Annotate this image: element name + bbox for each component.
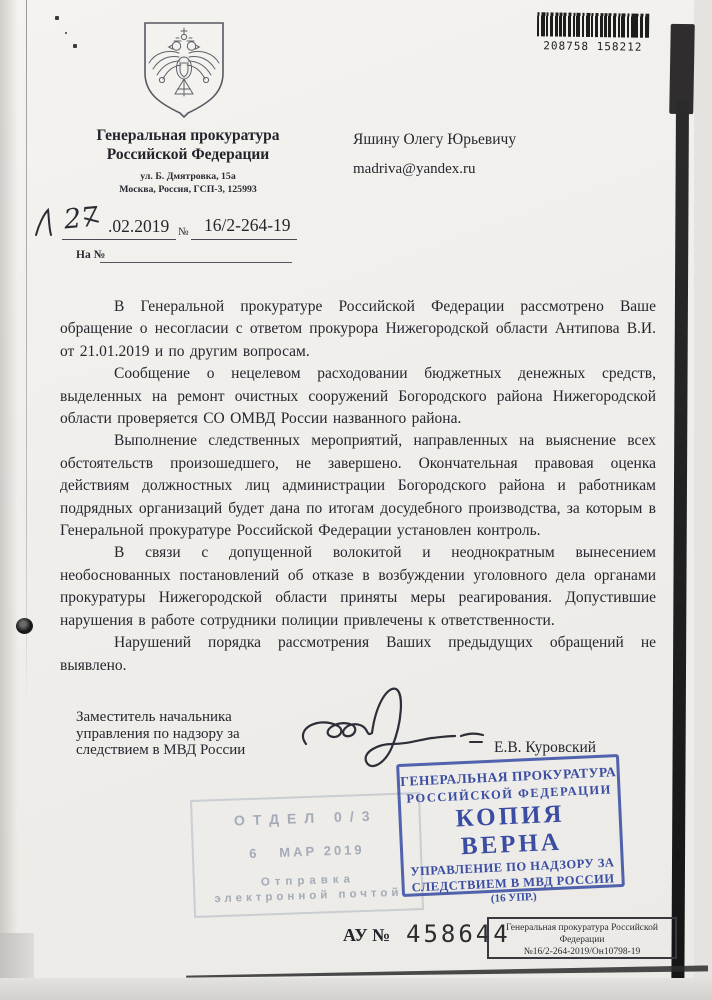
registry-line1: Генеральная прокуратура Российской	[489, 922, 675, 934]
signer-position-line1: Заместитель начальника	[76, 709, 306, 726]
paper-edge-shadow	[0, 0, 18, 1000]
scanner-background	[0, 978, 712, 1000]
paper-fold-line	[26, 0, 27, 710]
copy-stamp-title: КОПИЯ ВЕРНА	[401, 798, 620, 864]
registry-line2: Федерации	[489, 934, 675, 946]
au-number-label: АУ №	[343, 925, 390, 946]
body-paragraph-3: Выполнение следственных мероприятий, нап…	[60, 430, 656, 542]
number-underline	[191, 239, 297, 240]
scan-edge-strip	[671, 100, 689, 1000]
recipient-email: madriva@yandex.ru	[353, 161, 476, 178]
date-typed: .02.2019	[108, 216, 169, 237]
body-paragraph-5: Нарушений порядка рассмотрения Ваших пре…	[60, 632, 656, 677]
org-name-line1: Генеральная прокуратура	[82, 126, 294, 145]
paper-bottom-edge	[186, 960, 708, 975]
reply-to-label: На №	[76, 249, 105, 261]
signer-position-line3: следствием в МВД России	[76, 742, 306, 759]
number-sign: №	[178, 226, 189, 238]
body-paragraph-1: В Генеральной прокуратуре Российской Фед…	[60, 296, 656, 363]
department-stamp-date: 6 МАР 2019	[194, 840, 420, 863]
reply-to-underline	[100, 262, 292, 263]
scanned-letter-page: 208758 158212 Генеральная пр	[0, 0, 712, 1000]
signer-position-line2: управления по надзору за	[76, 726, 306, 743]
signer-name: Е.В. Куровский	[494, 739, 596, 757]
barcode: 208758 158212	[530, 12, 657, 56]
ink-speck	[65, 32, 67, 34]
outgoing-number: 16/2-264-19	[204, 215, 291, 236]
org-address-line2: Москва, Россия, ГСП-3, 125993	[82, 184, 294, 197]
body-paragraph-4: В связи с допущенной волокитой и неоднок…	[60, 542, 656, 632]
org-address-line1: ул. Б. Дмятровка, 15а	[82, 171, 294, 184]
department-stamp: ОТДЕЛ 0/3 6 МАР 2019 Отправка электронно…	[190, 792, 424, 918]
recipient-name: Яшину Олегу Юрьевичу	[353, 131, 516, 149]
letter-body: В Генеральной прокуратуре Российской Фед…	[60, 296, 656, 677]
ink-speck	[55, 16, 59, 20]
org-name-line2: Российской Федерации	[82, 145, 294, 164]
barcode-bars-icon	[537, 12, 649, 38]
barcode-number: 208758 158212	[540, 39, 645, 53]
department-stamp-title: ОТДЕЛ 0/3	[192, 806, 418, 830]
letterhead: Генеральная прокуратура Российской Федер…	[82, 126, 294, 196]
date-underline	[62, 239, 176, 240]
coat-of-arms-icon	[138, 18, 230, 122]
handwritten-mark	[33, 207, 59, 244]
handwritten-day: 27	[63, 202, 100, 236]
org-address: ул. Б. Дмятровка, 15а Москва, Россия, ГС…	[82, 171, 294, 196]
body-paragraph-2: Сообщение о нецелевом расходовании бюдже…	[60, 363, 656, 430]
punch-hole	[16, 618, 33, 634]
registry-line3: №16/2-264-2019/Он10798-19	[489, 946, 675, 958]
copy-certification-stamp: ГЕНЕРАЛЬНАЯ ПРОКУРАТУРА РОССИЙСКОЙ ФЕДЕР…	[396, 754, 625, 897]
ink-speck	[73, 44, 77, 48]
scan-right-margin	[694, 0, 712, 1000]
registry-stamp-box: Генеральная прокуратура Российской Федер…	[487, 917, 677, 959]
signer-position: Заместитель начальника управления по над…	[76, 709, 306, 759]
